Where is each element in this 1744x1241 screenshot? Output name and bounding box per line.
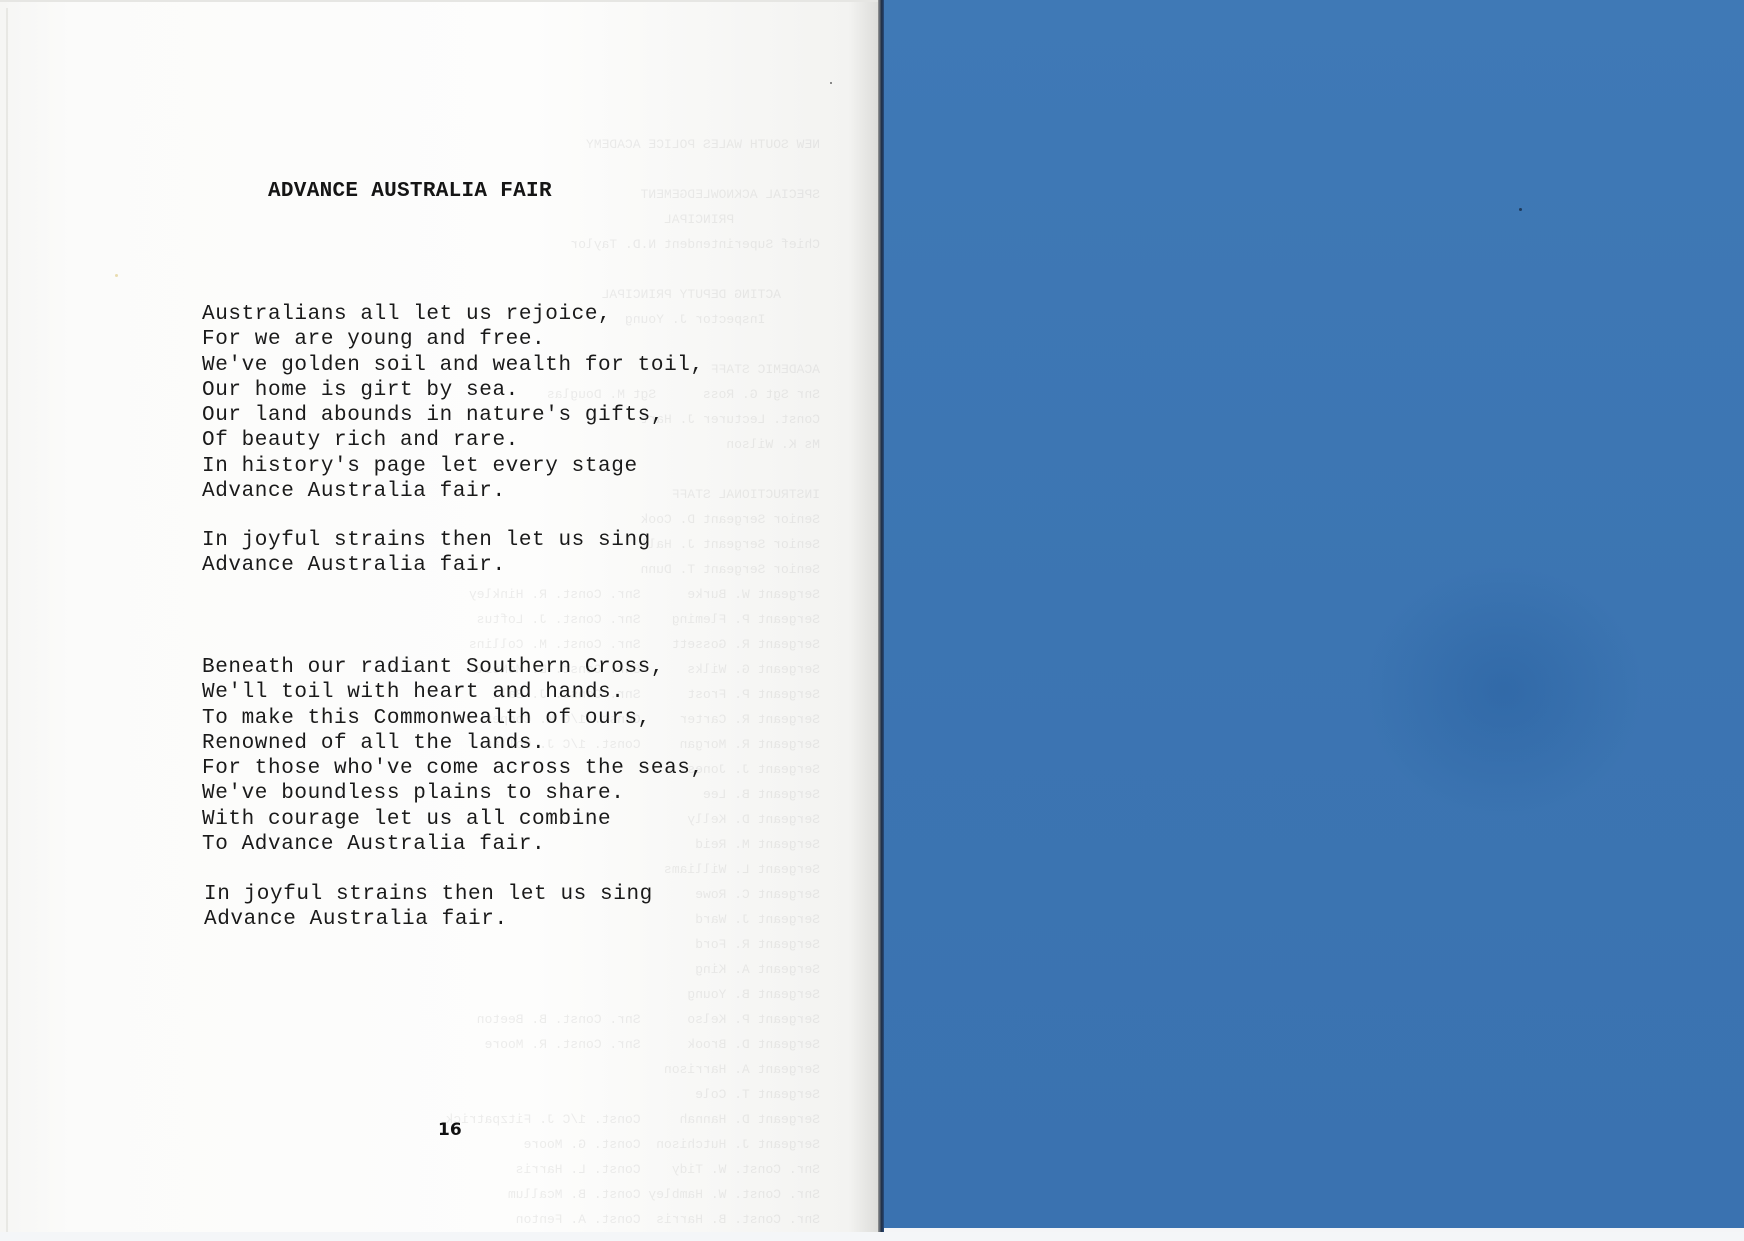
scan-background xyxy=(0,1232,1744,1241)
lyric-line: Advance Australia fair. xyxy=(202,553,651,578)
chorus-1: In joyful strains then let us sing Advan… xyxy=(202,528,651,579)
lyric-line: Australians all let us rejoice, xyxy=(202,302,704,327)
paper-speck xyxy=(830,82,832,84)
lyric-line: For we are young and free. xyxy=(202,327,704,352)
page-number: 16 xyxy=(438,1120,462,1140)
lyric-line: Our home is girt by sea. xyxy=(202,378,704,403)
right-page-blue-cover xyxy=(884,0,1744,1228)
lyric-line: In history's page let every stage xyxy=(202,454,704,479)
chorus-2: In joyful strains then let us sing Advan… xyxy=(204,882,653,933)
lyric-line: With courage let us all combine xyxy=(202,807,704,832)
lyric-line: In joyful strains then let us sing xyxy=(202,528,651,553)
lyric-line: For those who've come across the seas, xyxy=(202,756,704,781)
bleed-through-text: NEW SOUTH WALES POLICE ACADEMY SPECIAL A… xyxy=(180,132,820,1092)
lyric-line: We'll toil with heart and hands. xyxy=(202,680,704,705)
lyric-line: We've boundless plains to share. xyxy=(202,781,704,806)
lyric-line: To Advance Australia fair. xyxy=(202,832,704,857)
paper-speck xyxy=(1519,208,1522,211)
lyric-line: Of beauty rich and rare. xyxy=(202,428,704,453)
lyric-line: To make this Commonwealth of ours, xyxy=(202,706,704,731)
song-title: ADVANCE AUSTRALIA FAIR xyxy=(268,180,552,203)
lyric-line: Advance Australia fair. xyxy=(202,479,704,504)
lyric-line: In joyful strains then let us sing xyxy=(204,882,653,907)
lyric-line: Beneath our radiant Southern Cross, xyxy=(202,655,704,680)
paper-stain xyxy=(1364,560,1644,820)
lyric-line: Advance Australia fair. xyxy=(204,907,653,932)
lyric-line: Renowned of all the lands. xyxy=(202,731,704,756)
verse-2: Beneath our radiant Southern Cross, We'l… xyxy=(202,655,704,857)
lyric-line: We've golden soil and wealth for toil, xyxy=(202,353,704,378)
verse-1: Australians all let us rejoice, For we a… xyxy=(202,302,704,504)
left-page: NEW SOUTH WALES POLICE ACADEMY SPECIAL A… xyxy=(0,0,884,1232)
paper-speck xyxy=(115,274,118,277)
lyric-line: Our land abounds in nature's gifts, xyxy=(202,403,704,428)
